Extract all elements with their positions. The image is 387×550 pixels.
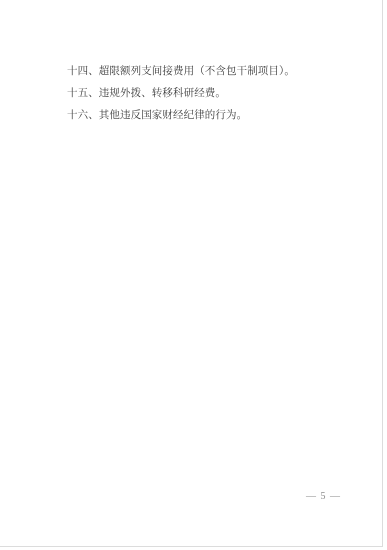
document-page: 十四、超限额列支间接费用（不含包干制项目）。 十五、违规外拨、转移科研经费。 十… — [0, 0, 387, 550]
page-number: — 5 — — [306, 491, 341, 503]
document-line-item-16: 十六、其他违反国家财经纪律的行为。 — [67, 105, 347, 127]
document-body: 十四、超限额列支间接费用（不含包干制项目）。 十五、违规外拨、转移科研经费。 十… — [67, 61, 347, 127]
document-line-item-14: 十四、超限额列支间接费用（不含包干制项目）。 — [67, 61, 347, 83]
document-line-item-15: 十五、违规外拨、转移科研经费。 — [67, 83, 347, 105]
